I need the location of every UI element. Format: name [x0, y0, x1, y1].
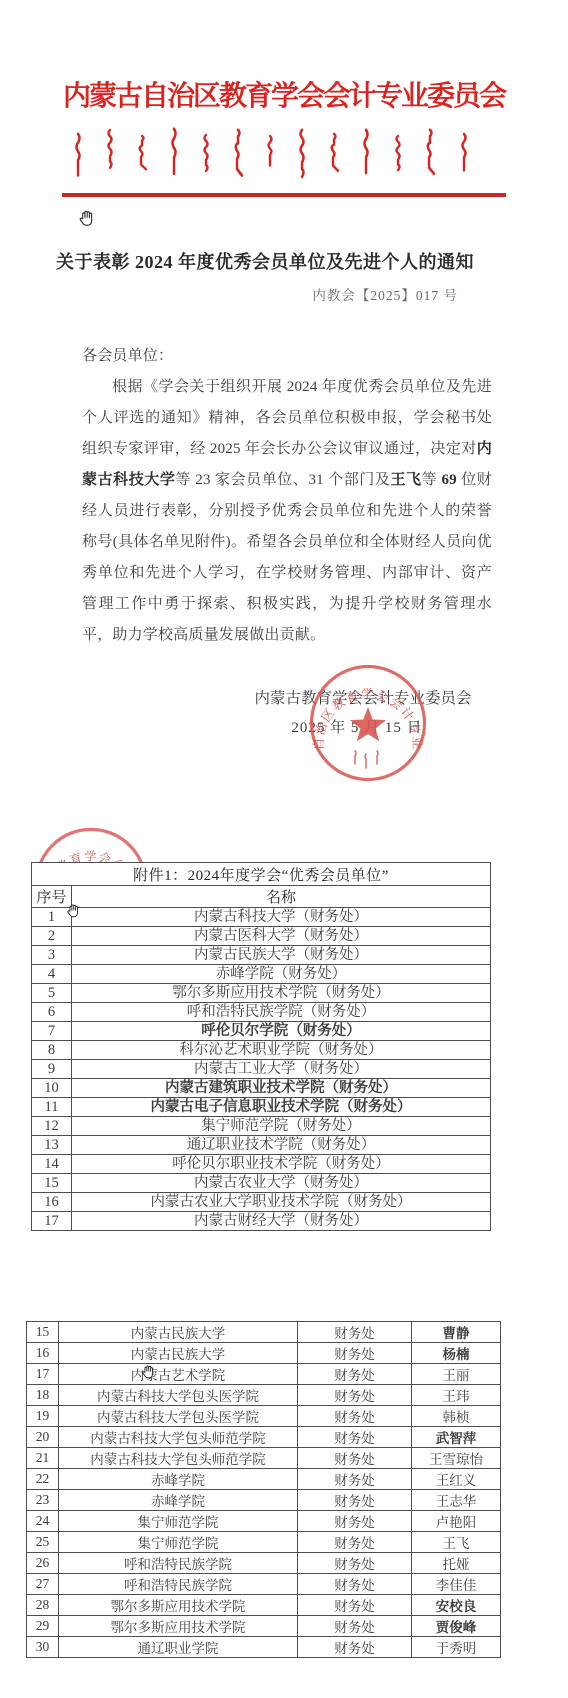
table-row: 17内蒙古艺术学院财务处王丽: [27, 1364, 501, 1385]
table-row: 9内蒙古工业大学（财务处）: [32, 1060, 491, 1079]
body-paragraph: 根据《学会关于组织开展 2024 年度优秀会员单位及先进个人评选的通知》精神，各…: [82, 372, 492, 651]
row-no: 17: [27, 1364, 59, 1385]
table-row: 11内蒙古电子信息职业技术学院（财务处）: [32, 1098, 491, 1117]
dept-name: 财务处: [298, 1553, 412, 1574]
row-no: 8: [32, 1041, 72, 1060]
table-row: 5鄂尔多斯应用技术学院（财务处）: [32, 984, 491, 1003]
unit-name: 内蒙古艺术学院: [59, 1364, 298, 1385]
unit-name: 内蒙古科技大学（财务处）: [72, 908, 491, 927]
person-name: 王玮: [412, 1385, 501, 1406]
unit-name: 内蒙古科技大学包头师范学院: [59, 1448, 298, 1469]
dept-name: 财务处: [298, 1364, 412, 1385]
dept-name: 财务处: [298, 1322, 412, 1343]
member-units-table: 附件1：2024年度学会“优秀会员单位” 序号 名称 1内蒙古科技大学（财务处）…: [31, 862, 491, 1231]
row-no: 3: [32, 946, 72, 965]
row-no: 20: [27, 1427, 59, 1448]
unit-name: 通辽职业学院: [59, 1637, 298, 1658]
table-row: 10内蒙古建筑职业技术学院（财务处）: [32, 1079, 491, 1098]
row-no: 18: [27, 1385, 59, 1406]
row-no: 21: [27, 1448, 59, 1469]
unit-name: 内蒙古建筑职业技术学院（财务处）: [72, 1079, 491, 1098]
row-no: 17: [32, 1212, 72, 1231]
paragraph-segment: 根据《学会关于组织开展 2024 年度优秀会员单位及先进个人评选的通知》精神，各…: [82, 379, 492, 457]
advanced-individuals-table: 15内蒙古民族大学财务处曹静16内蒙古民族大学财务处杨楠17内蒙古艺术学院财务处…: [26, 1321, 501, 1658]
unit-name: 科尔沁艺术职业学院（财务处）: [72, 1041, 491, 1060]
row-no: 12: [32, 1117, 72, 1136]
paragraph-segment: 等: [422, 472, 442, 488]
dept-name: 财务处: [298, 1511, 412, 1532]
row-no: 19: [27, 1406, 59, 1427]
dept-name: 财务处: [298, 1406, 412, 1427]
dept-name: 财务处: [298, 1637, 412, 1658]
table-row: 17内蒙古财经大学（财务处）: [32, 1212, 491, 1231]
unit-name: 内蒙古医科大学（财务处）: [72, 927, 491, 946]
document-body: 各会员单位： 根据《学会关于组织开展 2024 年度优秀会员单位及先进个人评选的…: [82, 341, 492, 651]
row-no: 22: [27, 1469, 59, 1490]
person-name: 曹静: [412, 1322, 501, 1343]
unit-name: 内蒙古财经大学（财务处）: [72, 1212, 491, 1231]
hand-cursor-icon: [66, 903, 82, 920]
dept-name: 财务处: [298, 1490, 412, 1511]
person-name: 王飞: [412, 1532, 501, 1553]
unit-name: 内蒙古民族大学: [59, 1322, 298, 1343]
table-row: 12集宁师范学院（财务处）: [32, 1117, 491, 1136]
row-no: 27: [27, 1574, 59, 1595]
table-row: 14呼伦贝尔职业技术学院（财务处）: [32, 1155, 491, 1174]
table-row: 4赤峰学院（财务处）: [32, 965, 491, 984]
row-no: 23: [27, 1490, 59, 1511]
unit-name: 呼和浩特民族学院（财务处）: [72, 1003, 491, 1022]
row-no: 7: [32, 1022, 72, 1041]
unit-name: 内蒙古科技大学包头师范学院: [59, 1427, 298, 1448]
person-name: 李佳佳: [412, 1574, 501, 1595]
unit-name: 赤峰学院: [59, 1469, 298, 1490]
unit-name: 鄂尔多斯应用技术学院: [59, 1616, 298, 1637]
row-no: 11: [32, 1098, 72, 1117]
unit-name: 呼和浩特民族学院: [59, 1553, 298, 1574]
unit-name: 集宁师范学院: [59, 1511, 298, 1532]
dept-name: 财务处: [298, 1616, 412, 1637]
person-name: 安校良: [412, 1595, 501, 1616]
table-row: 16内蒙古民族大学财务处杨楠: [27, 1343, 501, 1364]
row-no: 6: [32, 1003, 72, 1022]
table-row: 24集宁师范学院财务处卢艳阳: [27, 1511, 501, 1532]
signature-org: 内蒙古教育学会会计专业委员会: [233, 686, 493, 708]
person-name: 贾俊峰: [412, 1616, 501, 1637]
row-no: 25: [27, 1532, 59, 1553]
unit-name: 赤峰学院: [59, 1490, 298, 1511]
table-row: 15内蒙古农业大学（财务处）: [32, 1174, 491, 1193]
table-row: 22赤峰学院财务处王红义: [27, 1469, 501, 1490]
table-row: 15内蒙古民族大学财务处曹静: [27, 1322, 501, 1343]
table-row: 28鄂尔多斯应用技术学院财务处安校良: [27, 1595, 501, 1616]
paragraph-segment: 等 23 家会员单位、31 个部门及: [175, 472, 390, 488]
dept-name: 财务处: [298, 1574, 412, 1595]
unit-name: 呼伦贝尔学院（财务处）: [72, 1022, 491, 1041]
row-no: 30: [27, 1637, 59, 1658]
table-row: 20内蒙古科技大学包头师范学院财务处武智萍: [27, 1427, 501, 1448]
table1-caption: 附件1：2024年度学会“优秀会员单位”: [32, 863, 491, 886]
table-row: 8科尔沁艺术职业学院（财务处）: [32, 1041, 491, 1060]
mongolian-script-line: [74, 126, 494, 182]
unit-name: 内蒙古科技大学包头医学院: [59, 1385, 298, 1406]
dept-name: 财务处: [298, 1385, 412, 1406]
person-name: 王丽: [412, 1364, 501, 1385]
row-no: 2: [32, 927, 72, 946]
row-no: 14: [32, 1155, 72, 1174]
dept-name: 财务处: [298, 1343, 412, 1364]
paragraph-segment: 王飞: [390, 472, 421, 488]
table-row: 3内蒙古民族大学（财务处）: [32, 946, 491, 965]
unit-name: 赤峰学院（财务处）: [72, 965, 491, 984]
dept-name: 财务处: [298, 1595, 412, 1616]
unit-name: 内蒙古电子信息职业技术学院（财务处）: [72, 1098, 491, 1117]
table-row: 27呼和浩特民族学院财务处李佳佳: [27, 1574, 501, 1595]
table1-col-name: 名称: [72, 886, 491, 908]
table-row: 18内蒙古科技大学包头医学院财务处王玮: [27, 1385, 501, 1406]
unit-name: 内蒙古农业大学职业技术学院（财务处）: [72, 1193, 491, 1212]
dept-name: 财务处: [298, 1469, 412, 1490]
person-name: 王志华: [412, 1490, 501, 1511]
row-no: 28: [27, 1595, 59, 1616]
advanced-individuals-table-body: 15内蒙古民族大学财务处曹静16内蒙古民族大学财务处杨楠17内蒙古艺术学院财务处…: [27, 1322, 501, 1658]
table-row: 19内蒙古科技大学包头医学院财务处韩桢: [27, 1406, 501, 1427]
unit-name: 鄂尔多斯应用技术学院: [59, 1595, 298, 1616]
row-no: 15: [32, 1174, 72, 1193]
unit-name: 通辽职业技术学院（财务处）: [72, 1136, 491, 1155]
dept-name: 财务处: [298, 1532, 412, 1553]
person-name: 托娅: [412, 1553, 501, 1574]
row-no: 4: [32, 965, 72, 984]
row-no: 26: [27, 1553, 59, 1574]
dept-name: 财务处: [298, 1448, 412, 1469]
person-name: 韩桢: [412, 1406, 501, 1427]
table-row: 23赤峰学院财务处王志华: [27, 1490, 501, 1511]
table-row: 16内蒙古农业大学职业技术学院（财务处）: [32, 1193, 491, 1212]
table-row: 30通辽职业学院财务处于秀明: [27, 1637, 501, 1658]
row-no: 5: [32, 984, 72, 1003]
unit-name: 呼伦贝尔职业技术学院（财务处）: [72, 1155, 491, 1174]
unit-name: 集宁师范学院: [59, 1532, 298, 1553]
salutation: 各会员单位：: [82, 341, 492, 372]
letterhead-divider: [62, 193, 506, 197]
document-title: 关于表彰 2024 年度优秀会员单位及先进个人的通知: [35, 248, 495, 274]
paragraph-segment: 69: [441, 472, 456, 488]
person-name: 杨楠: [412, 1343, 501, 1364]
hand-cursor-icon: [141, 1364, 157, 1381]
row-no: 29: [27, 1616, 59, 1637]
row-no: 15: [27, 1322, 59, 1343]
table-row: 1内蒙古科技大学（财务处）: [32, 908, 491, 927]
scanned-notice-document: { "colors": { "header_red": "#d9231f", "…: [0, 0, 568, 1698]
table-row: 25集宁师范学院财务处王飞: [27, 1532, 501, 1553]
unit-name: 内蒙古农业大学（财务处）: [72, 1174, 491, 1193]
unit-name: 内蒙古科技大学包头医学院: [59, 1406, 298, 1427]
table-row: 2内蒙古医科大学（财务处）: [32, 927, 491, 946]
row-no: 16: [32, 1193, 72, 1212]
person-name: 王雪琼怡: [412, 1448, 501, 1469]
member-units-table-body: 1内蒙古科技大学（财务处）2内蒙古医科大学（财务处）3内蒙古民族大学（财务处）4…: [32, 908, 491, 1231]
row-no: 24: [27, 1511, 59, 1532]
row-no: 16: [27, 1343, 59, 1364]
unit-name: 呼和浩特民族学院: [59, 1574, 298, 1595]
document-number: 内教会【2025】017 号: [200, 284, 458, 304]
unit-name: 内蒙古工业大学（财务处）: [72, 1060, 491, 1079]
table-row: 29鄂尔多斯应用技术学院财务处贾俊峰: [27, 1616, 501, 1637]
row-no: 10: [32, 1079, 72, 1098]
table-row: 26呼和浩特民族学院财务处托娅: [27, 1553, 501, 1574]
unit-name: 内蒙古民族大学: [59, 1343, 298, 1364]
person-name: 武智萍: [412, 1427, 501, 1448]
table1-header-row: 序号 名称: [32, 886, 491, 908]
table1-caption-row: 附件1：2024年度学会“优秀会员单位”: [32, 863, 491, 886]
paragraph-segment: 位财经人员进行表彰，分别授予优秀会员单位和先进个人的荣誉称号(具体名单见附件)。…: [82, 472, 492, 643]
dept-name: 财务处: [298, 1427, 412, 1448]
table-row: 6呼和浩特民族学院（财务处）: [32, 1003, 491, 1022]
unit-name: 鄂尔多斯应用技术学院（财务处）: [72, 984, 491, 1003]
letterhead-org-name: 内蒙古自治区教育学会会计专业委员会: [0, 74, 568, 114]
person-name: 于秀明: [412, 1637, 501, 1658]
table-row: 13通辽职业技术学院（财务处）: [32, 1136, 491, 1155]
person-name: 卢艳阳: [412, 1511, 501, 1532]
unit-name: 集宁师范学院（财务处）: [72, 1117, 491, 1136]
signature-date: 2025 年 5 月 15 日: [237, 716, 477, 737]
unit-name: 内蒙古民族大学（财务处）: [72, 946, 491, 965]
row-no: 9: [32, 1060, 72, 1079]
row-no: 13: [32, 1136, 72, 1155]
hand-cursor-icon: [78, 209, 97, 229]
table-row: 21内蒙古科技大学包头师范学院财务处王雪琼怡: [27, 1448, 501, 1469]
person-name: 王红义: [412, 1469, 501, 1490]
table-row: 7呼伦贝尔学院（财务处）: [32, 1022, 491, 1041]
